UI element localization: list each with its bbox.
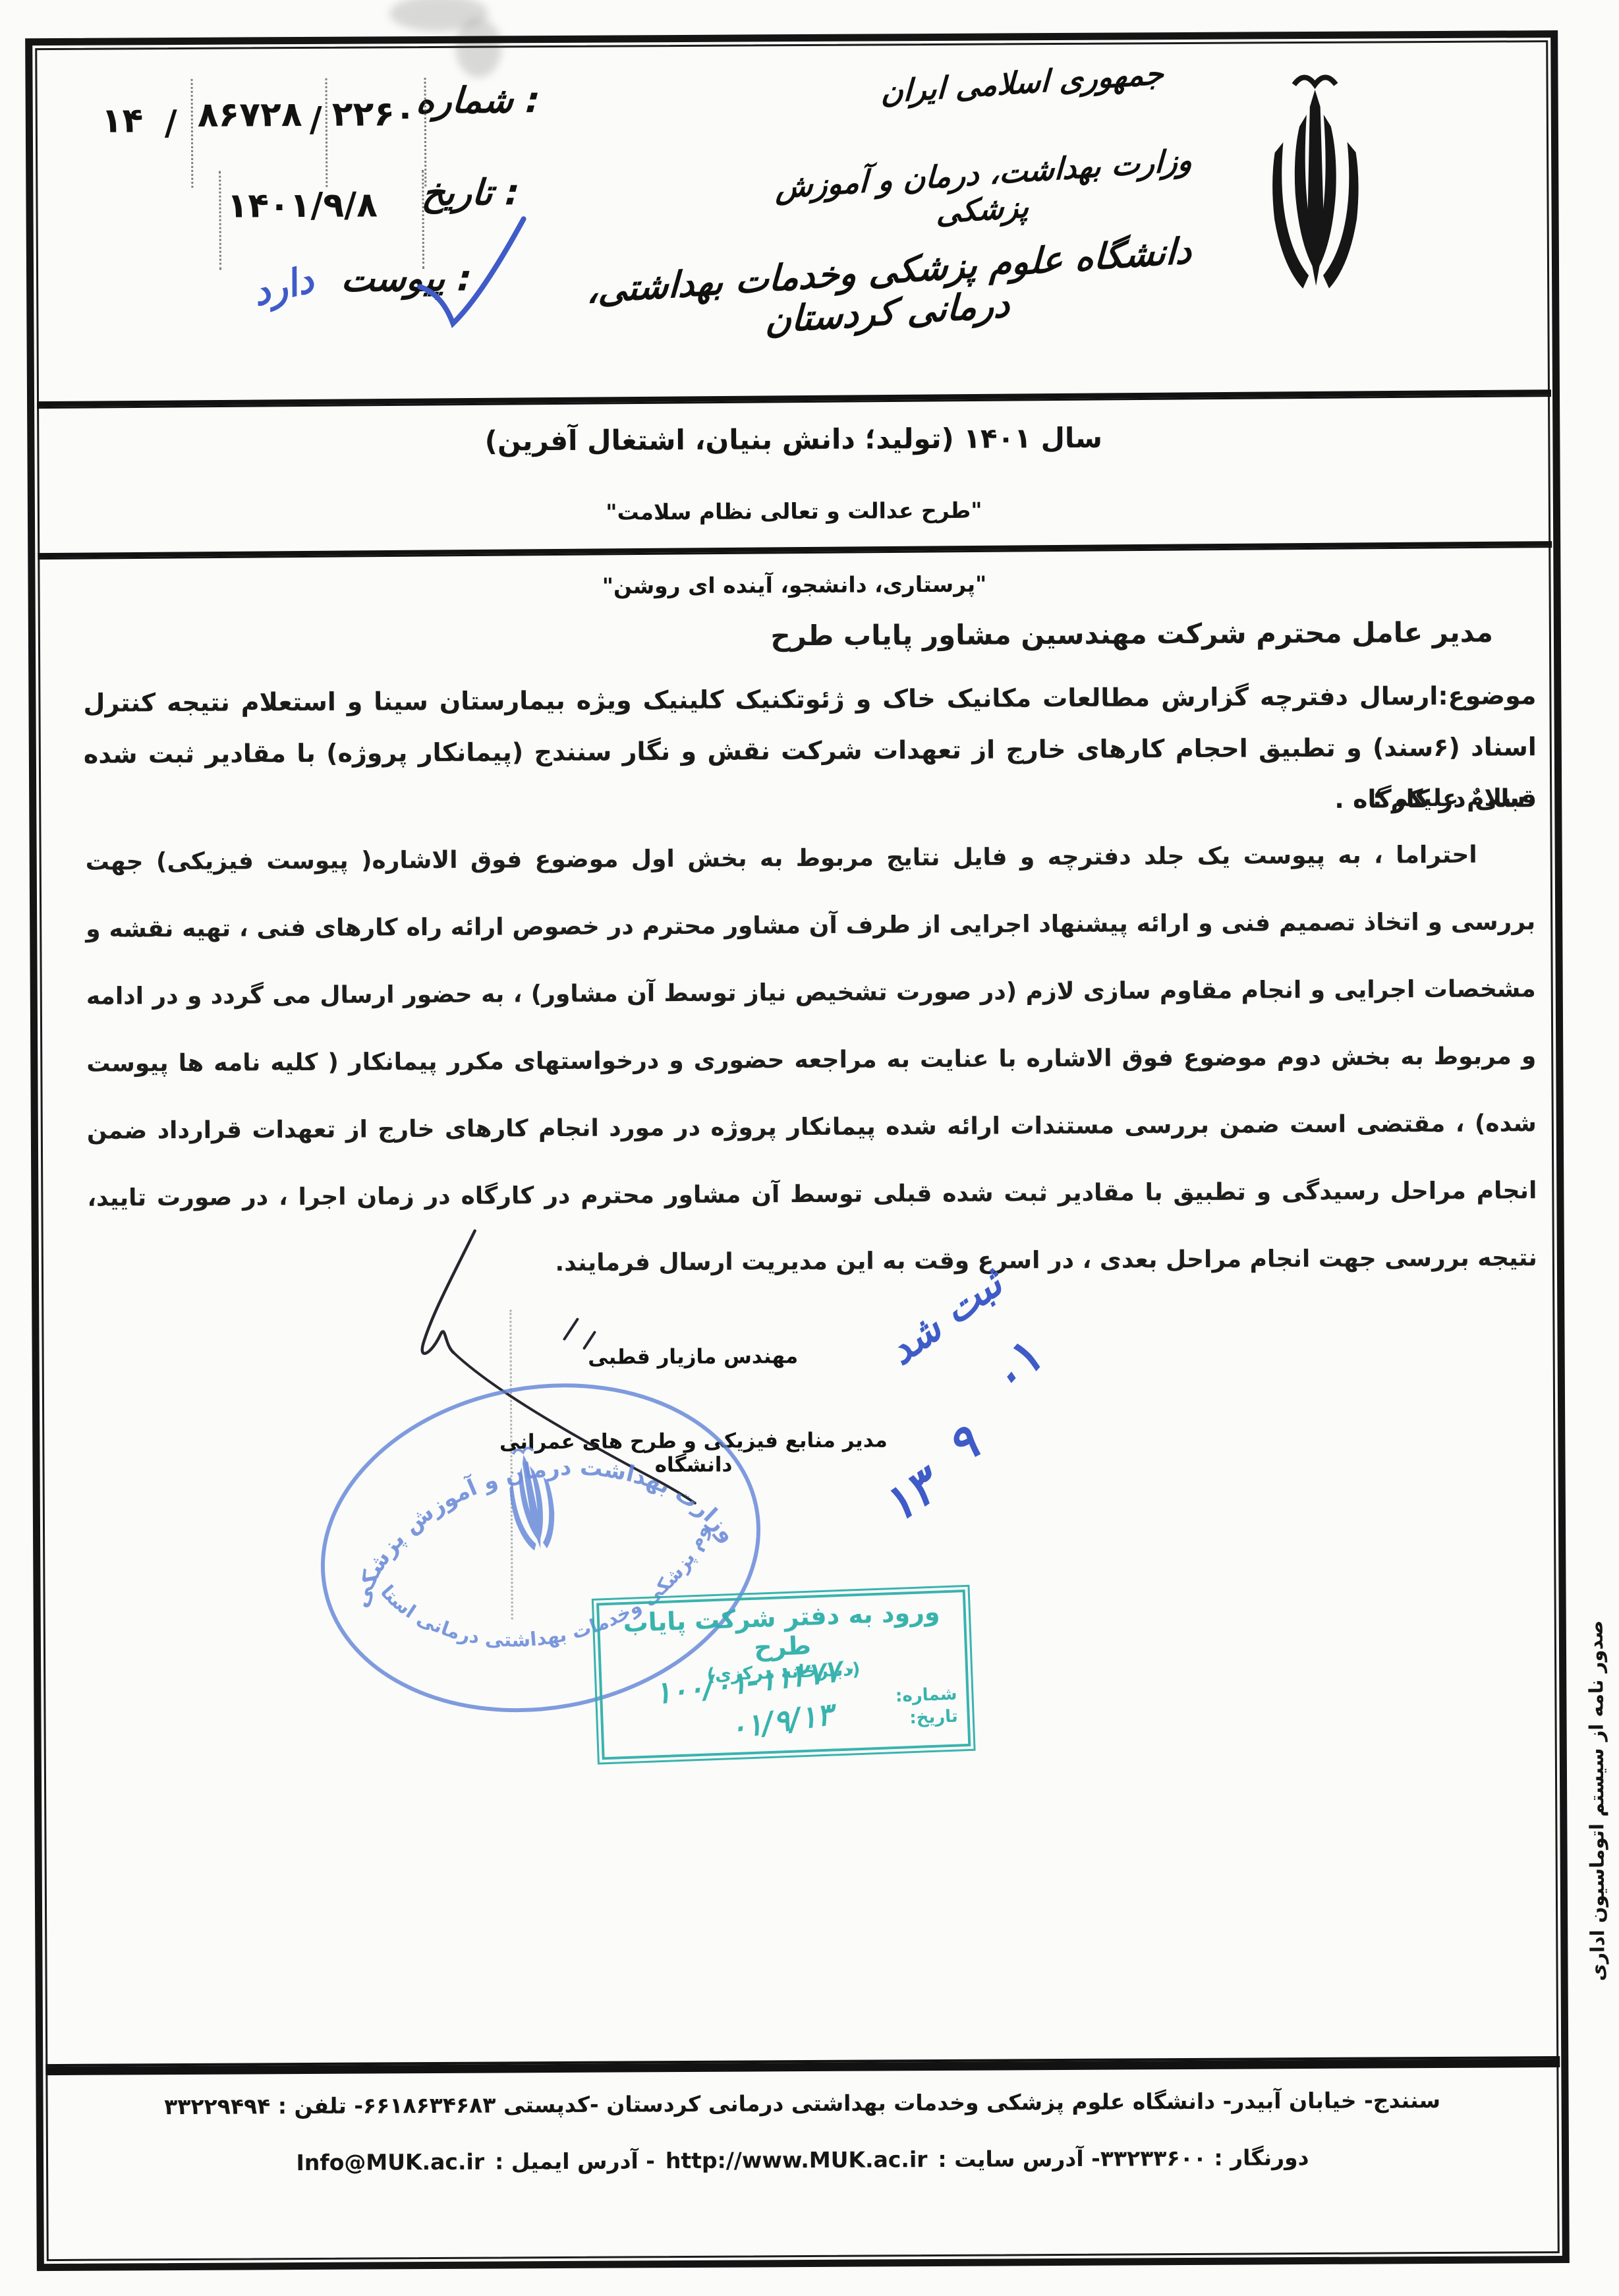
- letter-body-paragraph: احتراما ، به پیوست یک جلد دفترچه و فایل …: [85, 821, 1537, 1300]
- footer-email-label: - آدرس ایمیل :: [495, 2148, 655, 2174]
- entry-stamp-date-label: تاریخ:: [909, 1707, 958, 1729]
- footer-fax-site-label: دورنگار : ۳۳۲۳۳۶۰۰- آدرس سایت :: [938, 2144, 1309, 2172]
- entry-stamp-title: ورود به دفتر شرکت پایاب طرح: [608, 1597, 955, 1667]
- number-part-3: ۱۴: [101, 101, 144, 140]
- number-separator: /: [165, 103, 177, 143]
- automation-system-side-note: صدور نامه از سیستم اتوماسیون اداری: [1585, 1621, 1616, 2121]
- letter-sheet: شماره : ۲۲۶۰ / ۸۶۷۲۸ / ۱۴ تاریخ : ۱۴۰۱/۹…: [0, 0, 1619, 2296]
- number-part-1: ۲۲۶۰: [332, 94, 416, 134]
- company-entry-stamp: ورود به دفتر شرکت پایاب طرح (دبیرخانه مر…: [596, 1590, 971, 1760]
- footer-site-url: http://www.MUK.ac.ir: [666, 2146, 928, 2173]
- scanned-letter-page: شماره : ۲۲۶۰ / ۸۶۷۲۸ / ۱۴ تاریخ : ۱۴۰۱/۹…: [0, 0, 1619, 2296]
- number-part-2: ۸۶۷۲۸: [198, 95, 302, 135]
- number-separator: /: [310, 100, 322, 140]
- date-value: ۱۴۰۱/۹/۸: [227, 185, 378, 225]
- number-field-label: شماره :: [415, 79, 542, 121]
- checkmark-icon: [411, 211, 536, 343]
- entry-stamp-number-label: شماره:: [895, 1684, 957, 1706]
- allah-emblem-logo: [1236, 71, 1394, 315]
- footer-email: Info@MUK.ac.ir: [296, 2149, 484, 2175]
- date-field-label: تاریخ :: [420, 171, 521, 214]
